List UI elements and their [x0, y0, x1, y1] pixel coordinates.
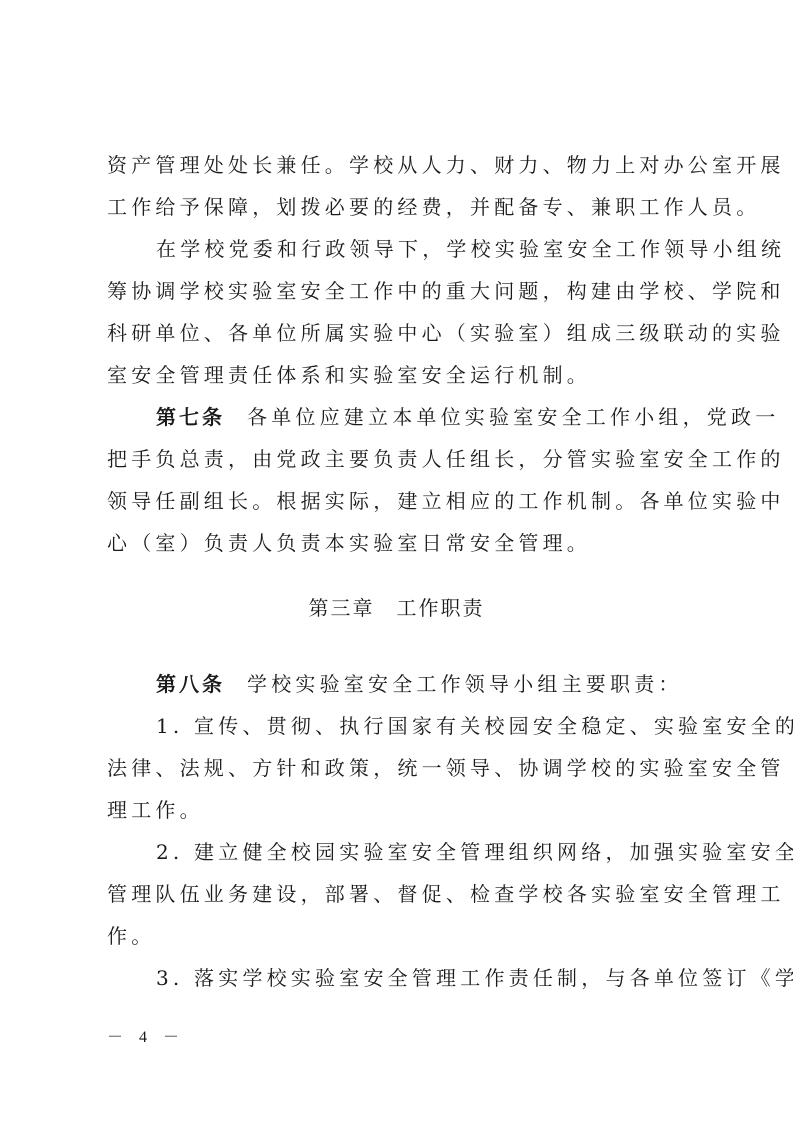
article-label: 第八条: [156, 672, 225, 696]
page-number: － 4 －: [107, 1024, 185, 1047]
text-line: 理工作。: [107, 798, 697, 822]
text-line: 把手负总责，由党政主要负责人任组长，分管实验室安全工作的: [107, 447, 697, 471]
text-line: 室安全管理责任体系和实验室安全运行机制。: [107, 363, 697, 387]
article-text: 学校实验室安全工作领导小组主要职责：: [247, 672, 683, 696]
text-line: 资产管理处处长兼任。学校从人力、财力、物力上对办公室开展: [107, 153, 697, 177]
document-page: 资产管理处处长兼任。学校从人力、财力、物力上对办公室开展 工作给予保障，划拨必要…: [0, 0, 793, 1122]
article-label: 第七条: [156, 405, 225, 429]
text-line: 在学校党委和行政领导下，学校实验室安全工作领导小组统: [156, 237, 746, 261]
text-line: 心（室）负责人负责本实验室日常安全管理。: [107, 531, 697, 555]
text-line: 2. 建立健全校园实验室安全管理组织网络，加强实验室安全: [156, 840, 746, 864]
text-line: 管理队伍业务建设，部署、督促、检查学校各实验室安全管理工: [107, 882, 697, 906]
text-line: 领导任副组长。根据实际，建立相应的工作机制。各单位实验中: [107, 489, 697, 513]
article-7-first-line: 第七条各单位应建立本单位实验室安全工作小组，党政一: [156, 405, 746, 429]
chapter-heading: 第三章 工作职责: [0, 592, 793, 621]
text-line: 3. 落实学校实验室安全管理工作责任制，与各单位签订《学: [156, 966, 746, 990]
text-line: 科研单位、各单位所属实验中心（实验室）组成三级联动的实验: [107, 321, 697, 345]
text-line: 工作给予保障，划拨必要的经费，并配备专、兼职工作人员。: [107, 195, 697, 219]
text-line: 作。: [107, 924, 697, 948]
text-line: 1. 宣传、贯彻、执行国家有关校园安全稳定、实验室安全的: [156, 714, 746, 738]
article-8-first-line: 第八条学校实验室安全工作领导小组主要职责：: [156, 672, 746, 696]
article-text: 各单位应建立本单位实验室安全工作小组，党政一: [247, 405, 779, 429]
text-line: 法律、法规、方针和政策，统一领导、协调学校的实验室安全管: [107, 756, 697, 780]
text-line: 筹协调学校实验室安全工作中的重大问题，构建由学校、学院和: [107, 279, 697, 303]
